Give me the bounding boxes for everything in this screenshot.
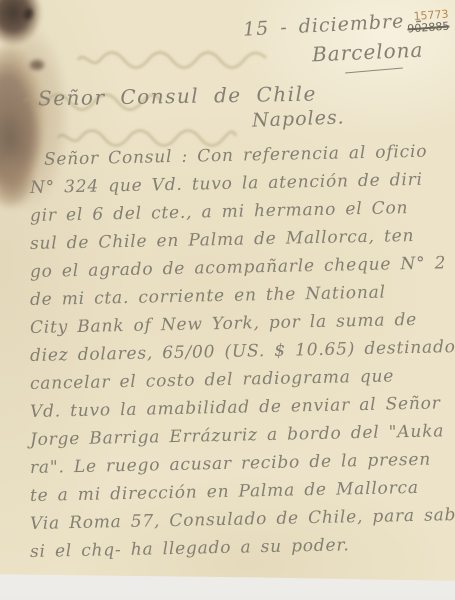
letter-page: 15773 902885 15 - diciembre - Barcelona … [0,0,455,582]
date-line: 15 - diciembre - [243,9,424,40]
ink-bleed-line-1 [76,46,268,72]
city-line: Barcelona [312,38,424,67]
city-underline-stroke [345,67,403,73]
scan-background: 15773 902885 15 - diciembre - Barcelona … [0,0,455,600]
letter-body: Señor Consul : Con referencia al oficio … [30,146,455,566]
addressee-city: Napoles. [252,106,345,131]
stain-speck-2 [30,60,44,70]
addressee-name: Señor Consul de Chile [38,82,317,111]
